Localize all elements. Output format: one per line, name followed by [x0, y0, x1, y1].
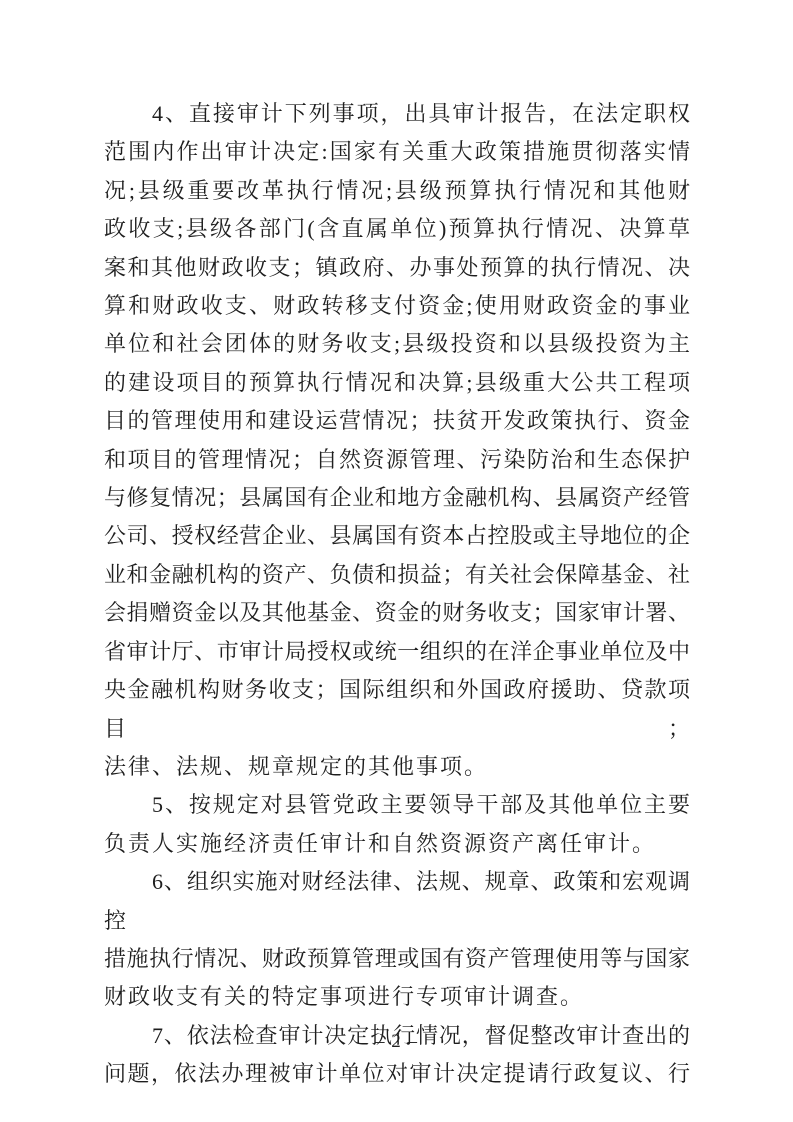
- text-line: 的建设项目的预算执行情况和决算;县级重大公共工程项: [104, 364, 690, 402]
- text-line: 财政收支有关的特定事项进行专项审计调查。: [104, 978, 690, 1016]
- text-line: 6、组织实施对财经法律、法规、规章、政策和宏观调控: [104, 863, 690, 940]
- text-line: 目的管理使用和建设运营情况；扶贫开发政策执行、资金: [104, 402, 690, 440]
- text-line: 法律、法规、规章规定的其他事项。: [104, 748, 690, 786]
- text-line: 范围内作出审计决定:国家有关重大政策措施贯彻落实情: [104, 133, 690, 171]
- text-line: 单位和社会团体的财务收支;县级投资和以县级投资为主: [104, 325, 690, 363]
- document-page: 4、直接审计下列事项，出具审计报告，在法定职权范围内作出审计决定:国家有关重大政…: [0, 0, 793, 1122]
- text-line: 与修复情况；县属国有企业和地方金融机构、县属资产经管: [104, 479, 690, 517]
- page-number: – 2 –: [0, 1031, 793, 1053]
- text-line: 公司、授权经营企业、县属国有资本占控股或主导地位的企: [104, 517, 690, 555]
- document-body: 4、直接审计下列事项，出具审计报告，在法定职权范围内作出审计决定:国家有关重大政…: [104, 95, 690, 1094]
- text-line: 会捐赠资金以及其他基金、资金的财务收支；国家审计署、: [104, 594, 690, 632]
- text-line: 省审计厅、市审计局授权或统一组织的在洋企事业单位及中: [104, 633, 690, 671]
- text-line: 况;县级重要改革执行情况;县级预算执行情况和其他财: [104, 172, 690, 210]
- text-line: 问题，依法办理被审计单位对审计决定提请行政复议、行: [104, 1055, 690, 1093]
- text-line: 负责人实施经济责任审计和自然资源资产离任审计。: [104, 825, 690, 863]
- text-line: 和项目的管理情况；自然资源管理、污染防治和生态保护: [104, 441, 690, 479]
- text-line: 案和其他财政收支；镇政府、办事处预算的执行情况、决: [104, 249, 690, 287]
- text-line: 措施执行情况、财政预算管理或国有资产管理使用等与国家: [104, 940, 690, 978]
- text-line: 央金融机构财务收支；国际组织和外国政府援助、贷款项目；: [104, 671, 690, 748]
- text-line: 业和金融机构的资产、负债和损益；有关社会保障基金、社: [104, 556, 690, 594]
- text-line: 4、直接审计下列事项，出具审计报告，在法定职权: [104, 95, 690, 133]
- text-line: 算和财政收支、财政转移支付资金;使用财政资金的事业: [104, 287, 690, 325]
- text-line: 政收支;县级各部门(含直属单位)预算执行情况、决算草: [104, 210, 690, 248]
- text-line: 5、按规定对县管党政主要领导干部及其他单位主要: [104, 786, 690, 824]
